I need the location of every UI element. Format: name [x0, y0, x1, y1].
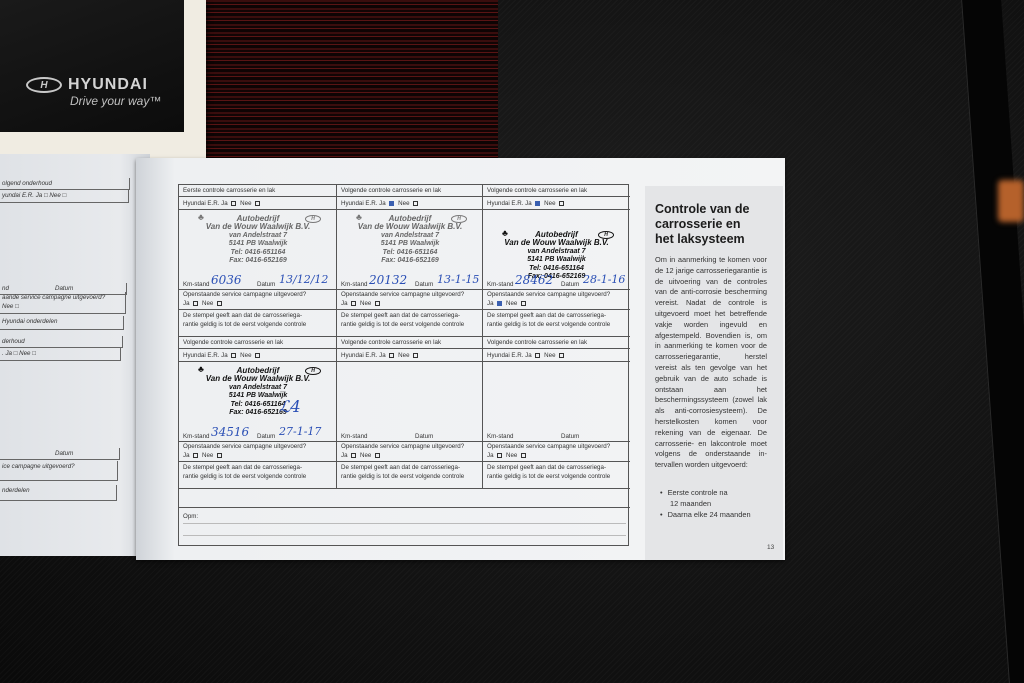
row-divider: [337, 348, 482, 349]
campaign-ja-checkbox[interactable]: [193, 301, 198, 306]
brand: H HYUNDAI: [26, 76, 148, 94]
slogan: Drive your way™: [70, 94, 161, 108]
hyundai-er-row: Hyundai E.R. Ja Nee: [183, 200, 262, 207]
datum-label: Datum: [257, 281, 275, 288]
er-nee-checkbox[interactable]: [413, 353, 418, 358]
km-value-handwritten: 34516: [211, 425, 249, 439]
stamp-line: Van de Wouw Waalwijk B.V.: [491, 239, 622, 247]
campaign-ja-checkbox[interactable]: [351, 301, 356, 306]
dealer-stamp: ♣HAutobedrijfVan de Wouw Waalwijk B.V.va…: [345, 215, 475, 265]
left-form-datum: Datum: [55, 450, 73, 457]
hyundai-logo-icon: H: [305, 215, 321, 223]
er-nee-checkbox[interactable]: [255, 201, 260, 206]
dealer-stamp: ♣HAutobedrijfVan de Wouw Waalwijk B.V.va…: [187, 367, 329, 417]
stamp-note: rantie geldig is tot de eerst volgende c…: [341, 473, 464, 480]
page-number: 13: [767, 544, 774, 551]
row-divider: [337, 361, 482, 362]
left-form-row: Hyundai onderdelen: [0, 316, 124, 330]
row-divider: [179, 348, 336, 349]
campaign-nee-checkbox[interactable]: [217, 301, 222, 306]
dealer-stamp: ♣HAutobedrijfVan de Wouw Waalwijk B.V.va…: [187, 215, 329, 265]
hyundai-er-row: Hyundai E.R. Ja Nee: [341, 352, 420, 359]
km-value-handwritten: 28462: [515, 273, 553, 287]
km-value-handwritten: 20132: [369, 273, 407, 287]
campaign-answer-row: Ja Nee: [341, 300, 382, 307]
stamp-line: van Andelstraat 7: [187, 384, 329, 392]
row-divider: [337, 289, 482, 290]
stamp-line: Van de Wouw Waalwijk B.V.: [187, 375, 329, 383]
signature: ℒ4: [279, 397, 301, 416]
row-divider: [179, 507, 630, 508]
inspection-cell: Volgende controle carrosserie en lakHyun…: [337, 337, 483, 489]
campaign-answer-row: Ja Nee: [487, 300, 528, 307]
row-divider: [337, 441, 482, 442]
hyundai-logo-icon: H: [26, 77, 62, 93]
left-form-label: . Ja □ Nee □: [2, 350, 36, 357]
datum-label: Datum: [257, 433, 275, 440]
remarks-section: Opm:: [179, 489, 630, 547]
row-divider: [337, 461, 482, 462]
left-page-form: olgend onderhoudyundai E.R. Ja □ Nee □nd…: [0, 178, 130, 508]
row-divider: [179, 441, 336, 442]
cell-header: Volgende controle carrosserie en lak: [341, 187, 441, 194]
campaign-nee-checkbox[interactable]: [375, 301, 380, 306]
stamp-note: rantie geldig is tot de eerst volgende c…: [183, 321, 306, 328]
orange-light: [998, 180, 1024, 222]
stamp-note: rantie geldig is tot de eerst volgende c…: [341, 321, 464, 328]
cell-header: Volgende controle carrosserie en lak: [487, 339, 587, 346]
left-form-row: . Ja □ Nee □: [0, 348, 121, 361]
datum-label: Datum: [561, 433, 579, 440]
remarks-line[interactable]: [183, 535, 626, 536]
stamp-line: 5141 PB Waalwijk: [187, 392, 329, 400]
datum-label: Datum: [561, 281, 579, 288]
left-form-row: olgend onderhoud: [0, 178, 130, 190]
date-value-handwritten: 28-1-16: [583, 273, 625, 286]
campaign-question: Openstaande service campagne uitgevoerd?: [341, 443, 464, 450]
er-nee-checkbox[interactable]: [559, 201, 564, 206]
stamp-line: van Andelstraat 7: [491, 248, 622, 256]
mitsubishi-logo-icon: ♣: [195, 365, 207, 375]
row-divider: [483, 196, 630, 197]
stamp-note: De stempel geeft aan dat de carrosserieg…: [341, 464, 460, 471]
left-form-row: derhoud: [0, 336, 123, 348]
campaign-answer-row: Ja Nee: [183, 452, 224, 459]
campaign-question: Openstaande service campagne uitgevoerd?: [183, 443, 306, 450]
row-divider: [483, 309, 630, 310]
campaign-nee-checkbox[interactable]: [375, 453, 380, 458]
hyundai-logo-icon: H: [305, 367, 321, 375]
cell-header: Volgende controle carrosserie en lak: [183, 339, 283, 346]
date-value-handwritten: 13-1-15: [437, 273, 479, 286]
stamp-line: Tel: 0416-651164: [187, 249, 329, 257]
stamp-note: De stempel geeft aan dat de carrosserieg…: [341, 312, 460, 319]
campaign-answer-row: Ja Nee: [487, 452, 528, 459]
campaign-ja-checkbox[interactable]: [497, 453, 502, 458]
campaign-question: Openstaande service campagne uitgevoerd?: [487, 443, 610, 450]
left-form-row: ice campagne uitgevoerd?: [0, 461, 118, 481]
sidebar-title: Controle van de carrosserie en het laksy…: [655, 202, 775, 247]
row-divider: [483, 289, 630, 290]
stamp-line: Van de Wouw Waalwijk B.V.: [345, 223, 475, 231]
row-divider: [179, 196, 336, 197]
mitsubishi-logo-icon: ♣: [195, 213, 207, 223]
er-ja-checkbox[interactable]: [231, 201, 236, 206]
mitsubishi-logo-icon: ♣: [499, 229, 511, 239]
campaign-ja-checkbox[interactable]: [497, 301, 502, 306]
stamp-note: De stempel geeft aan dat de carrosserieg…: [487, 464, 606, 471]
left-form-row: nderdelen: [0, 485, 117, 501]
campaign-nee-checkbox[interactable]: [521, 301, 526, 306]
hyundai-er-row: Hyundai E.R. Ja Nee: [341, 200, 420, 207]
left-form-row: aande service campagne uitgevoerd?Nee □: [0, 292, 126, 314]
km-stand-label: Km-stand: [341, 281, 367, 288]
stamp-line: 5141 PB Waalwijk: [345, 240, 475, 248]
cover-dark-panel: [0, 0, 184, 132]
remarks-line[interactable]: [183, 523, 626, 524]
interval-item: Eerste controle na12 maanden: [660, 487, 770, 509]
row-divider: [179, 361, 336, 362]
hyundai-logo-icon: H: [451, 215, 467, 223]
campaign-question: Openstaande service campagne uitgevoerd?: [487, 291, 610, 298]
manual-cover: H HYUNDAI Drive your way™: [0, 0, 206, 160]
row-divider: [337, 309, 482, 310]
km-stand-label: Km-stand: [341, 433, 367, 440]
left-form-sub: Nee □: [2, 303, 19, 310]
left-form-row: yundai E.R. Ja □ Nee □: [0, 190, 129, 203]
row-divider: [483, 441, 630, 442]
row-divider: [179, 461, 336, 462]
datum-label: Datum: [415, 281, 433, 288]
stamp-note: De stempel geeft aan dat de carrosserieg…: [487, 312, 606, 319]
km-value-handwritten: 6036: [211, 273, 242, 287]
left-form-label: aande service campagne uitgevoerd?: [2, 294, 105, 301]
sidebar-body-text: Om in aanmerking te komen voor de 12 jar…: [655, 255, 767, 471]
er-ja-checkbox[interactable]: [535, 201, 540, 206]
stamp-line: Fax: 0416-652169: [345, 257, 475, 265]
row-divider: [483, 461, 630, 462]
datum-label: Datum: [415, 433, 433, 440]
campaign-answer-row: Ja Nee: [341, 452, 382, 459]
row-divider: [337, 209, 482, 210]
inspection-cell: Volgende controle carrosserie en lakHyun…: [337, 185, 483, 337]
stamp-line: 5141 PB Waalwijk: [491, 256, 622, 264]
date-value-handwritten: 13/12/12: [279, 273, 328, 286]
hyundai-er-row: Hyundai E.R. Ja Nee: [183, 352, 262, 359]
er-nee-checkbox[interactable]: [255, 353, 260, 358]
campaign-answer-row: Ja Nee: [183, 300, 224, 307]
row-divider: [179, 289, 336, 290]
stamp-note: rantie geldig is tot de eerst volgende c…: [487, 321, 610, 328]
stamp-line: Van de Wouw Waalwijk B.V.: [187, 223, 329, 231]
er-ja-checkbox[interactable]: [535, 353, 540, 358]
stamp-note: rantie geldig is tot de eerst volgende c…: [183, 473, 306, 480]
hyundai-logo-icon: H: [598, 231, 614, 239]
er-nee-checkbox[interactable]: [413, 201, 418, 206]
campaign-question: Openstaande service campagne uitgevoerd?: [341, 291, 464, 298]
km-stand-label: Km-stand: [183, 281, 209, 288]
stamp-note: rantie geldig is tot de eerst volgende c…: [487, 473, 610, 480]
left-form-label: nd: [2, 285, 9, 292]
left-form-label: olgend onderhoud: [2, 180, 52, 187]
row-divider: [483, 361, 630, 362]
cell-header: Eerste controle carrosserie en lak: [183, 187, 275, 194]
stamp-line: Tel: 0416-651164: [187, 401, 329, 409]
campaign-ja-checkbox[interactable]: [351, 453, 356, 458]
row-divider: [179, 309, 336, 310]
inspection-cell: Volgende controle carrosserie en lakHyun…: [483, 337, 630, 489]
mitsubishi-logo-icon: ♣: [353, 213, 365, 223]
row-divider: [179, 209, 336, 210]
er-nee-checkbox[interactable]: [559, 353, 564, 358]
campaign-nee-checkbox[interactable]: [521, 453, 526, 458]
stamp-note: De stempel geeft aan dat de carrosserieg…: [183, 464, 302, 471]
stamp-line: van Andelstraat 7: [345, 232, 475, 240]
inspection-cell: Volgende controle carrosserie en lakHyun…: [179, 337, 337, 489]
km-stand-label: Km-stand: [183, 433, 209, 440]
brand-name: HYUNDAI: [68, 76, 148, 94]
hyundai-er-row: Hyundai E.R. Ja Nee: [487, 352, 566, 359]
stamp-line: Tel: 0416-651164: [345, 249, 475, 257]
stamp-note: De stempel geeft aan dat de carrosserieg…: [183, 312, 302, 319]
stamp-line: 5141 PB Waalwijk: [187, 240, 329, 248]
remarks-label: Opm:: [183, 513, 198, 520]
campaign-ja-checkbox[interactable]: [193, 453, 198, 458]
left-form-label: yundai E.R. Ja □ Nee □: [2, 192, 66, 199]
stamp-line: Fax: 0416-652169: [187, 409, 329, 417]
row-divider: [483, 209, 630, 210]
er-ja-checkbox[interactable]: [389, 353, 394, 358]
left-form-datum: Datum: [55, 285, 73, 292]
campaign-question: Openstaande service campagne uitgevoerd?: [183, 291, 306, 298]
date-value-handwritten: 27-1-17: [279, 425, 321, 438]
left-form-row: Datum: [0, 448, 120, 460]
interval-list: Eerste controle na12 maanden Daarna elke…: [660, 487, 770, 520]
cell-header: Volgende controle carrosserie en lak: [487, 187, 587, 194]
stamp-line: Tel: 0416-651164: [491, 265, 622, 273]
stamp-line: Fax: 0416-652169: [187, 257, 329, 265]
inspection-form: Eerste controle carrosserie en lakHyunda…: [178, 184, 629, 546]
er-ja-checkbox[interactable]: [389, 201, 394, 206]
left-form-label: nderdelen: [2, 487, 30, 494]
left-form-label: Hyundai onderdelen: [2, 318, 57, 325]
stamp-line: van Andelstraat 7: [187, 232, 329, 240]
km-stand-label: Km-stand: [487, 281, 513, 288]
red-striped-fabric: [196, 0, 498, 158]
cell-header: Volgende controle carrosserie en lak: [341, 339, 441, 346]
row-divider: [337, 196, 482, 197]
left-form-label: ice campagne uitgevoerd?: [2, 463, 75, 470]
inspection-cell: Eerste controle carrosserie en lakHyunda…: [179, 185, 337, 337]
er-ja-checkbox[interactable]: [231, 353, 236, 358]
hyundai-er-row: Hyundai E.R. Ja Nee: [487, 200, 566, 207]
inspection-cell: Volgende controle carrosserie en lakHyun…: [483, 185, 630, 337]
km-stand-label: Km-stand: [487, 433, 513, 440]
row-divider: [483, 348, 630, 349]
interval-item: Daarna elke 24 maanden: [660, 509, 770, 520]
campaign-nee-checkbox[interactable]: [217, 453, 222, 458]
left-form-label: derhoud: [2, 338, 25, 345]
